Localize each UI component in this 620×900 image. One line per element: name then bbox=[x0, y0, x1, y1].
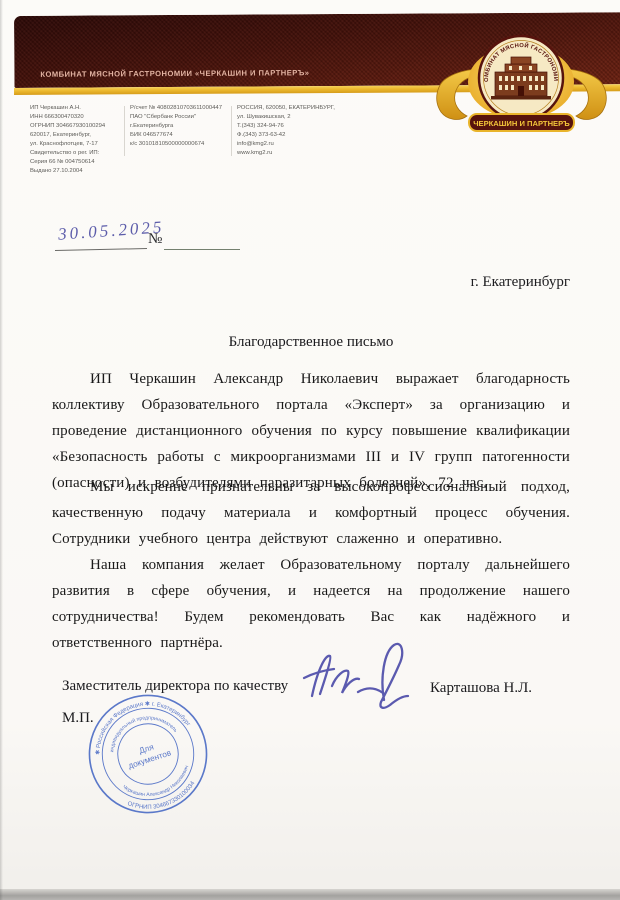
requisite-line: Р/счет № 40802810703611000447 bbox=[130, 104, 230, 113]
requisites-column-contacts: РОССИЯ, 620050, ЕКАТЕРИНБУРГ, ул. Шуваки… bbox=[237, 104, 362, 158]
letter-title: Благодарственное письмо bbox=[52, 334, 570, 351]
stamp-outer-bottom-text: ОГРНИП 304667330100034 bbox=[125, 779, 201, 819]
requisite-line: Т.(343) 324-94-76 bbox=[237, 122, 362, 131]
handwritten-signature bbox=[296, 636, 428, 718]
requisite-line: info@kmg2.ru bbox=[237, 140, 362, 149]
scanned-letter-page: КОМБИНАТ МЯСНОЙ ГАСТРОНОМИИ «ЧЕРКАШИН И … bbox=[0, 0, 620, 900]
requisite-line: www.kmg2.ru bbox=[237, 149, 362, 158]
signatory-name: Карташова Н.Л. bbox=[430, 680, 532, 697]
column-divider bbox=[124, 106, 125, 156]
column-divider bbox=[231, 106, 232, 156]
requisite-line: ул. Шувакишская, 2 bbox=[237, 113, 362, 122]
requisites-column-company: ИП Черкашин А.Н. ИНН 666300470320 ОГРНИП… bbox=[30, 104, 122, 176]
number-underline bbox=[164, 249, 240, 250]
number-sign: № bbox=[148, 231, 162, 248]
requisite-line: ул. Краснофлотцев, 7-17 bbox=[30, 140, 122, 149]
requisite-line: Серия 66 № 004750614 bbox=[30, 158, 122, 167]
company-logo-icon: КОМБИНАТ МЯСНОЙ ГАСТРОНОМИИ ЧЕРКАШИН И П… bbox=[433, 26, 610, 140]
date-underline bbox=[55, 248, 147, 251]
requisite-line: ОГРНИП 304667930100294 bbox=[30, 122, 122, 131]
requisite-line: ИП Черкашин А.Н. bbox=[30, 104, 122, 113]
requisite-line: к/с 30101810500000000674 bbox=[130, 140, 230, 149]
svg-text:ОГРНИП 304667330100034: ОГРНИП 304667330100034 bbox=[125, 779, 201, 819]
city-line: г. Екатеринбург bbox=[52, 274, 570, 291]
requisite-line: г.Екатеринбурга bbox=[130, 122, 230, 131]
paragraph: Мы искренне признательны за высокопрофес… bbox=[52, 474, 570, 552]
scan-edge-bottom bbox=[0, 889, 620, 900]
requisite-line: Свидетельство о рег. ИП: bbox=[30, 149, 122, 158]
logo-banner-text: ЧЕРКАШИН И ПАРТНЕРЪ bbox=[473, 119, 570, 128]
round-stamp: ✱ Российская Федерация ✱ г. Екатеринбург… bbox=[67, 673, 228, 834]
requisite-line: Выдано 27.10.2004 bbox=[30, 167, 122, 176]
requisites-column-bank: Р/счет № 40802810703611000447 ПАО "Сберб… bbox=[130, 104, 230, 149]
requisite-line: БИК 046577674 bbox=[130, 131, 230, 140]
requisite-line: ИНН 666300470320 bbox=[30, 113, 122, 122]
scan-edge-left bbox=[0, 0, 3, 900]
company-name-line: КОМБИНАТ МЯСНОЙ ГАСТРОНОМИИ «ЧЕРКАШИН И … bbox=[40, 68, 309, 79]
requisite-line: ПАО "Сбербанк России" bbox=[130, 113, 230, 122]
requisite-line: РОССИЯ, 620050, ЕКАТЕРИНБУРГ, bbox=[237, 104, 362, 113]
requisite-line: 620017, Екатеринбург, bbox=[30, 131, 122, 140]
requisite-line: Ф.(343) 373-63-42 bbox=[237, 131, 362, 140]
